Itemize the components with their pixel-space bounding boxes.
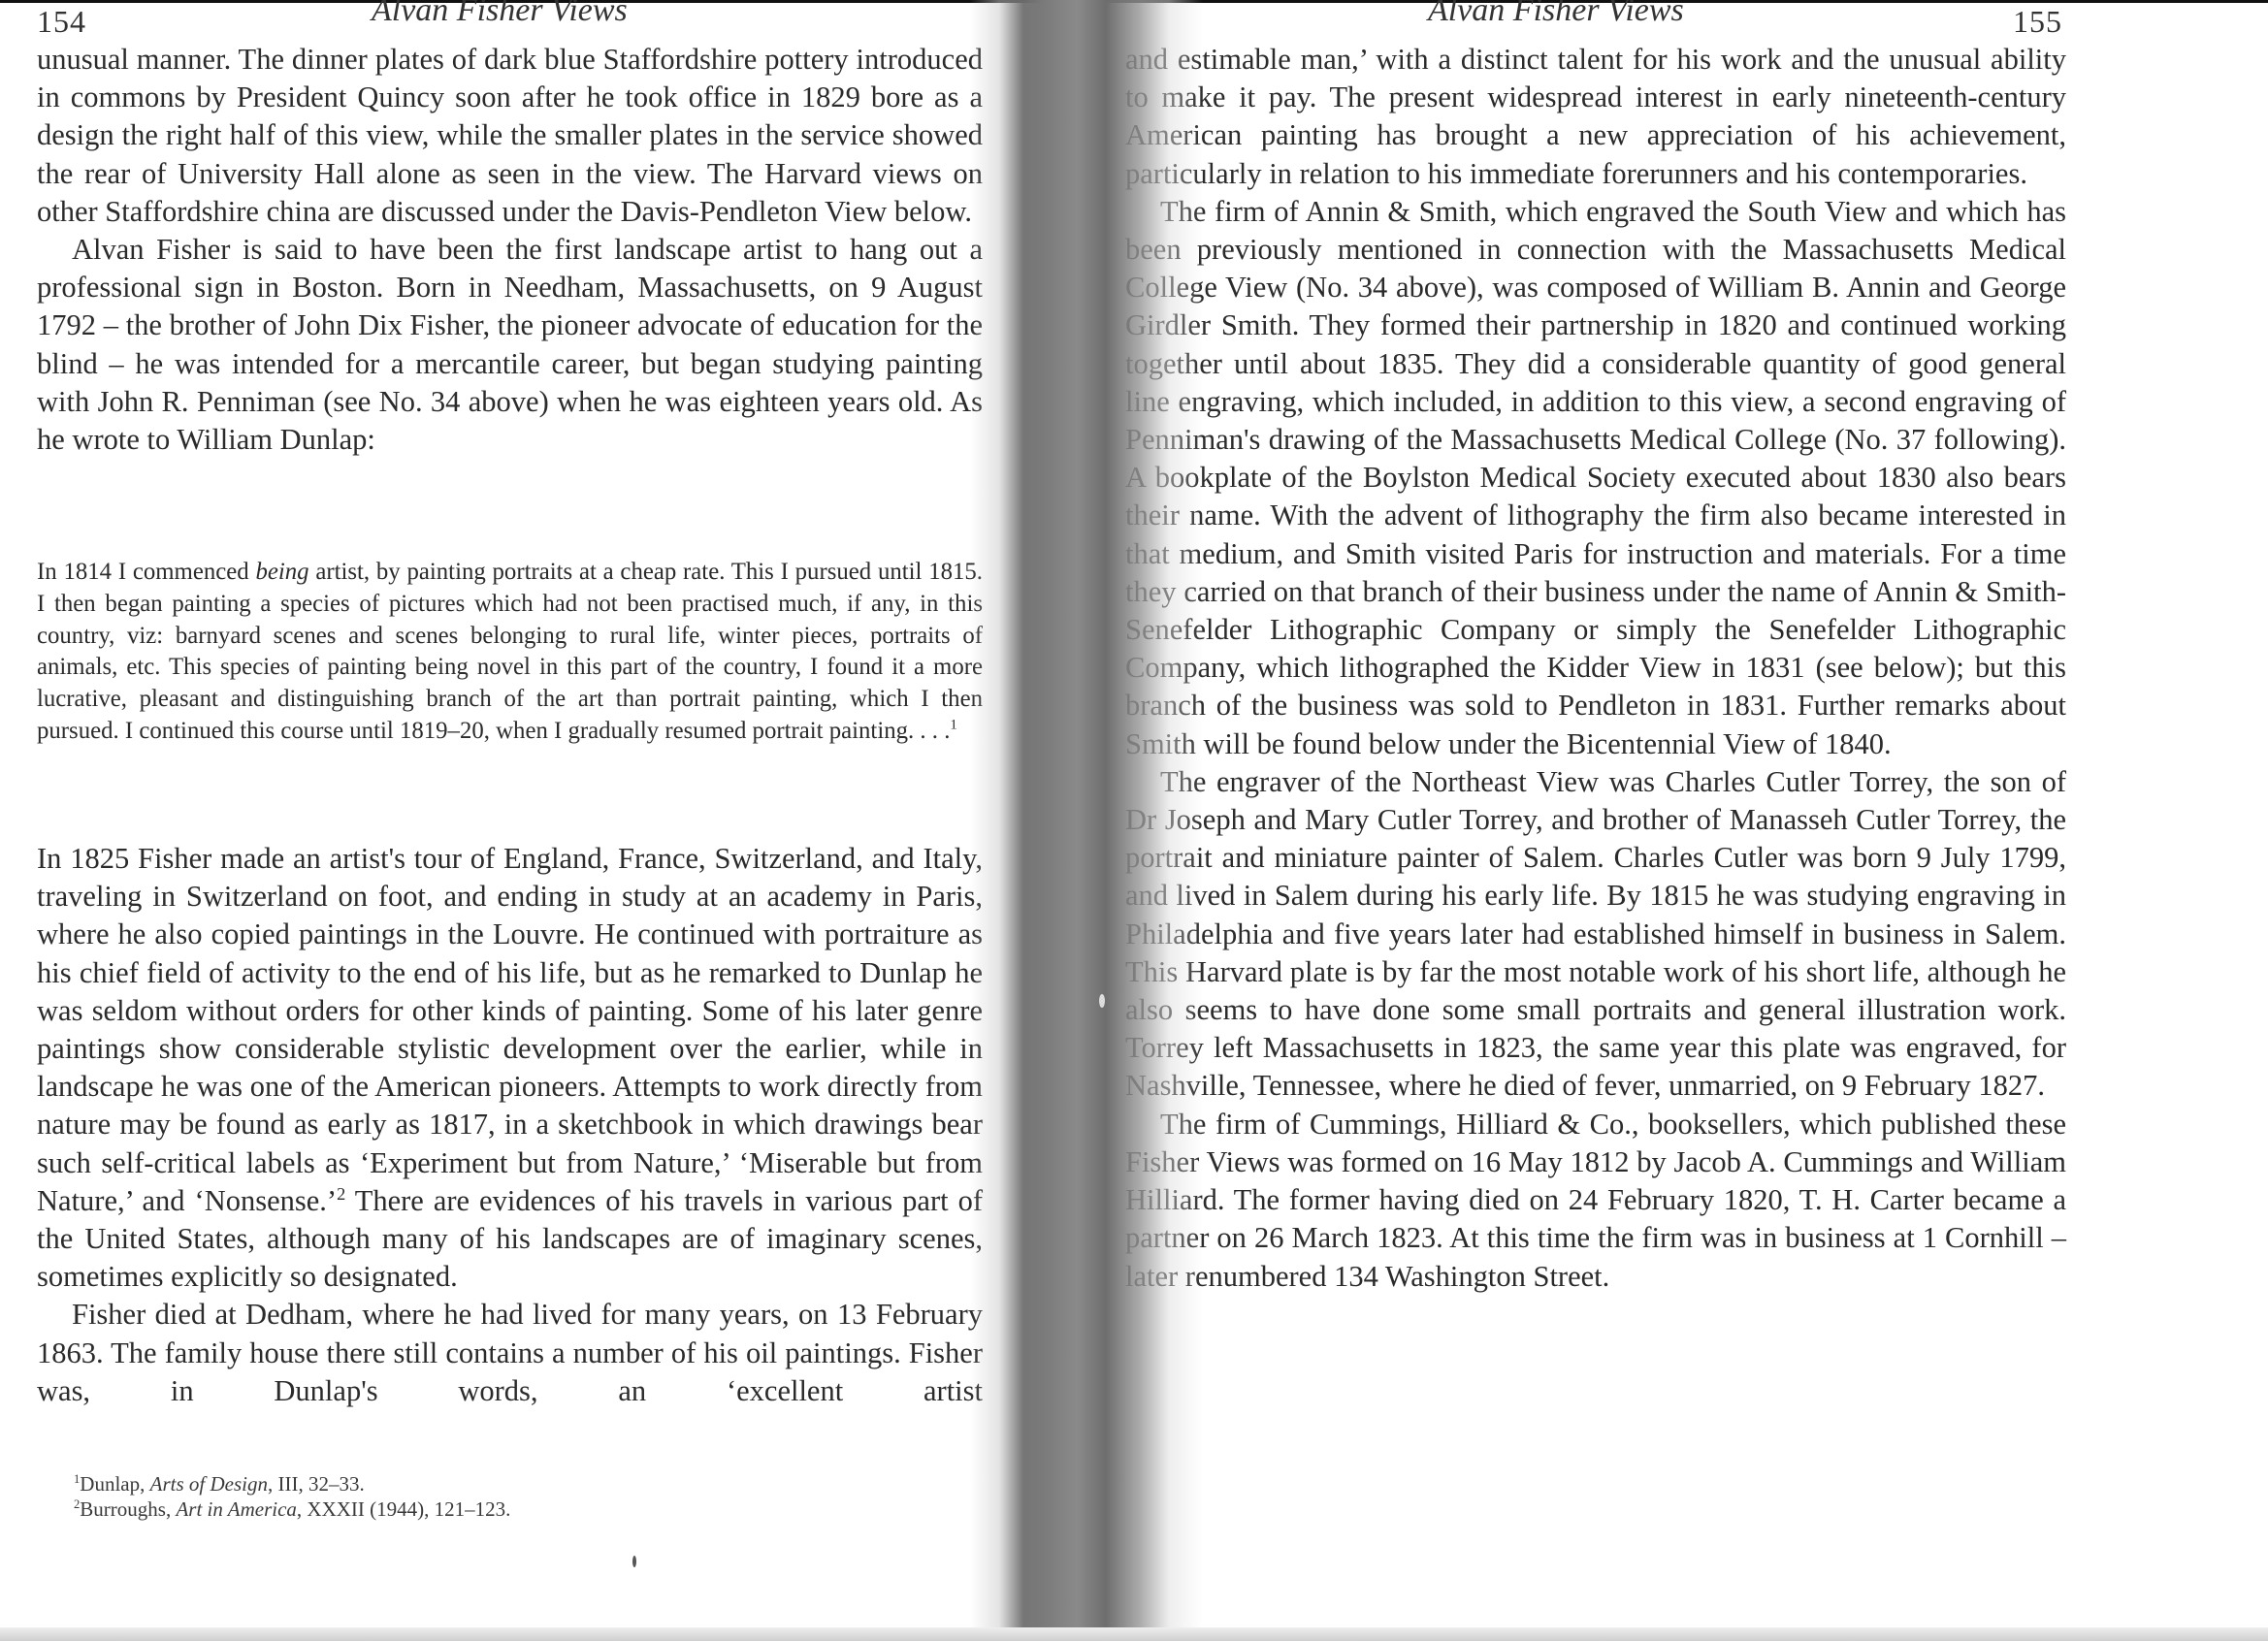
footnote-title: Arts of Design	[150, 1472, 268, 1496]
footnote-citation: , XXXII (1944), 121–123.	[297, 1497, 510, 1521]
footnote-ref[interactable]: 1	[950, 718, 956, 733]
block-quote: In 1814 I commenced being artist, by pai…	[37, 557, 983, 748]
left-body-bottom: In 1825 Fisher made an artist's tour of …	[37, 840, 983, 1410]
paragraph: Fisher died at Dedham, where he had live…	[37, 1296, 983, 1410]
scan-speck	[632, 1556, 636, 1567]
footnote-title: Art in America	[176, 1497, 296, 1521]
paragraph-text: In 1825 Fisher made an artist's tour of …	[37, 842, 983, 1217]
left-page-number: 154	[37, 4, 86, 40]
footnote: 2Burroughs, Art in America, XXXII (1944)…	[74, 1496, 947, 1522]
paragraph: unusual manner. The dinner plates of dar…	[37, 41, 983, 231]
right-page-number: 155	[2013, 4, 2062, 40]
paragraph: The firm of Annin & Smith, which engrave…	[1125, 193, 2066, 763]
scan-bottom-edge	[0, 1627, 2268, 1641]
right-running-head: Alvan Fisher Views	[1428, 0, 1684, 29]
footnote-author: Burroughs,	[80, 1497, 176, 1521]
paragraph: In 1825 Fisher made an artist's tour of …	[37, 840, 983, 1296]
footnotes: 1Dunlap, Arts of Design, III, 32–33. 2Bu…	[74, 1471, 947, 1522]
quote-text: artist, by painting portraits at a cheap…	[37, 559, 983, 744]
right-body: and estimable man,’ with a distinct tale…	[1125, 41, 2066, 1296]
paragraph: and estimable man,’ with a distinct tale…	[1125, 41, 2066, 193]
footnote: 1Dunlap, Arts of Design, III, 32–33.	[74, 1471, 947, 1496]
paragraph: The engraver of the Northeast View was C…	[1125, 763, 2066, 1106]
left-body-top: unusual manner. The dinner plates of dar…	[37, 41, 983, 459]
footnote-ref[interactable]: 2	[337, 1184, 345, 1204]
left-running-head: Alvan Fisher Views	[372, 0, 628, 29]
quote-italic: being	[255, 559, 308, 585]
book-gutter-shadow	[970, 0, 1203, 1641]
scan-speck	[1099, 994, 1105, 1008]
footnote-author: Dunlap,	[80, 1472, 149, 1496]
paragraph: The firm of Cummings, Hilliard & Co., bo…	[1125, 1106, 2066, 1296]
paragraph: Alvan Fisher is said to have been the fi…	[37, 231, 983, 459]
quote-text: In 1814 I commenced	[37, 559, 255, 585]
footnote-citation: , III, 32–33.	[268, 1472, 365, 1496]
